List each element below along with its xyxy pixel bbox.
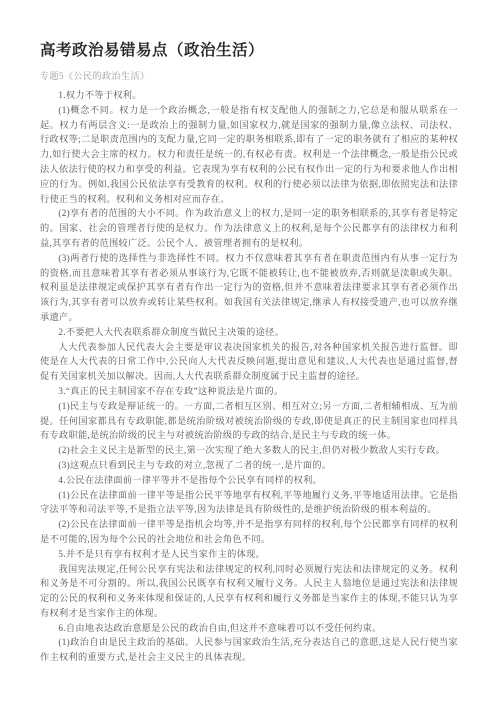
paragraph: (2)社会主义民主是新型的民主,第一次实现了绝大多数人的民主,但仍对极少数敌人实… bbox=[40, 443, 458, 458]
paragraph: 4.公民在法律面前一律平等并不是指每个公民享有同样的权利。 bbox=[40, 473, 458, 488]
page-title: 高考政治易错易点（政治生活） bbox=[40, 40, 458, 62]
paragraph: (1)概念不同。权力是一个政治概念,一般是指有权支配他人的强制之力,它总是和服从… bbox=[40, 103, 458, 207]
paragraph: 我国宪法规定,任何公民享有宪法和法律规定的权利,同时必须履行宪法和法律规定的义务… bbox=[40, 562, 458, 621]
paragraph: (2)公民在法律面前一律平等是指机会均等,并不是指享有同样的权利,每个公民都享有… bbox=[40, 517, 458, 547]
subtitle: 专题5《公民的政治生活》 bbox=[40, 69, 458, 83]
document-body: 1.权力不等于权利。 (1)概念不同。权力是一个政治概念,一般是指有权支配他人的… bbox=[40, 88, 458, 665]
paragraph: (1)公民在法律面前一律平等是指公民平等地享有权利,平等地履行义务,平等地适用法… bbox=[40, 488, 458, 518]
paragraph: 2.不要把人大代表联系群众制度当做民主决策的途径。 bbox=[40, 325, 458, 340]
paragraph: (3)两者行使的选择性与非选择性不同。权力不仅意味着其享有者在职责范围内有从事一… bbox=[40, 251, 458, 325]
paragraph: 人大代表参加人民代表大会主要是审议表决国家机关的报告,对各种国家机关报告进行监督… bbox=[40, 340, 458, 384]
paragraph: 5.并不是只有享有权利才是人民当家作主的体现。 bbox=[40, 547, 458, 562]
paragraph: 3.“真正的民主制国家不存在专政”这种说法是片面的。 bbox=[40, 384, 458, 399]
paragraph: 6.自由地表达政治意愿是公民的政治自由,但这并不意味着可以不受任何约束。 bbox=[40, 621, 458, 636]
document-page: 高考政治易错易点（政治生活） 专题5《公民的政治生活》 1.权力不等于权利。 (… bbox=[0, 0, 496, 702]
paragraph: (2)享有者的范围的大小不同。作为政治意义上的权力,是同一定的职务相联系的,其享… bbox=[40, 206, 458, 250]
paragraph: (3)这观点只看到民主与专政的对立,忽视了二者的统一,是片面的。 bbox=[40, 458, 458, 473]
paragraph: (1)政治自由是民主政治的基础。人民参与国家政治生活,充分表达自己的意愿,这是人… bbox=[40, 635, 458, 665]
paragraph: 1.权力不等于权利。 bbox=[40, 88, 458, 103]
paragraph: (1)民主与专政是辩证统一的。一方面,二者相互区别、相互对立;另一方面,二者相辅… bbox=[40, 399, 458, 443]
